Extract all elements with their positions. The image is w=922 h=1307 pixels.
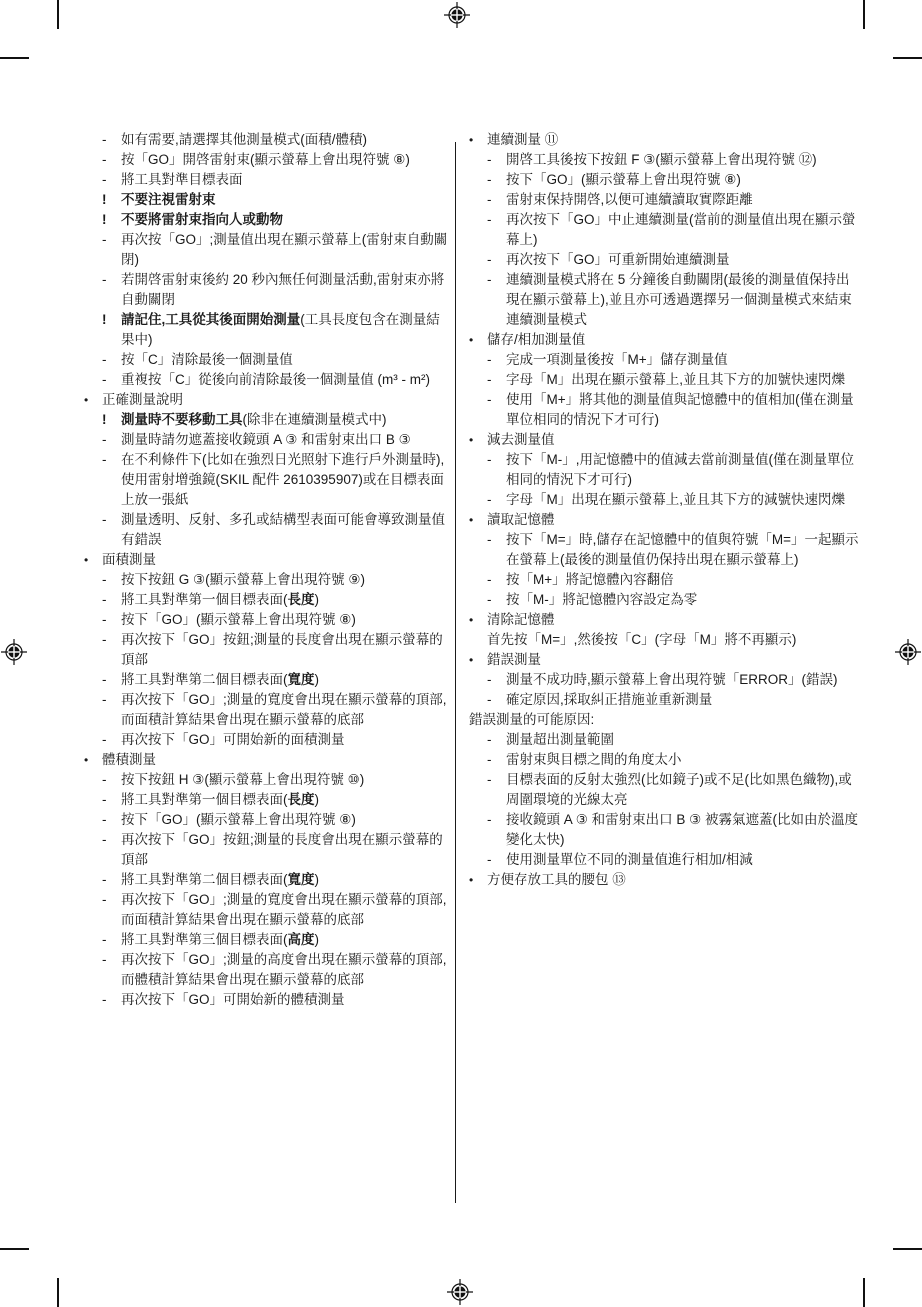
dash-marker: - <box>102 270 121 310</box>
instruction-item: -將工具對準第一個目標表面(長度) <box>84 590 448 610</box>
dash-marker: - <box>102 130 121 150</box>
dash-marker: - <box>102 870 121 890</box>
dash-marker: - <box>102 990 121 1010</box>
item-text: 將工具對準第二個目標表面(寬度) <box>121 870 448 890</box>
instruction-item: -按下按鈕 H ③(顯示螢幕上會出現符號 ⑩) <box>84 770 448 790</box>
item-text: 將工具對準目標表面 <box>121 170 448 190</box>
warning-item: !不要注視雷射束 <box>84 190 448 210</box>
instruction-item: -測量超出測量範圍 <box>469 730 861 750</box>
dash-marker: - <box>102 510 121 550</box>
crop-mark-top-left-h <box>0 57 29 59</box>
dash-marker: - <box>102 730 121 750</box>
dash-marker: - <box>487 370 506 390</box>
item-text: 測量超出測量範圍 <box>506 730 861 750</box>
item-text: 再次按下「GO」按鈕;測量的長度會出現在顯示螢幕的頂部 <box>121 830 448 870</box>
bullet-marker: • <box>84 550 102 570</box>
item-text: 字母「M」出現在顯示螢幕上,並且其下方的減號快速閃爍 <box>506 490 861 510</box>
crop-mark-top-left-v <box>57 0 59 29</box>
item-text: 字母「M」出現在顯示螢幕上,並且其下方的加號快速閃爍 <box>506 370 861 390</box>
item-text: 按下「M=」時,儲存在記憶體中的值與符號「M=」一起顯示在螢幕上(最後的測量值仍… <box>506 530 861 570</box>
excl-marker: ! <box>102 190 121 210</box>
item-text: 按「C」清除最後一個測量值 <box>121 350 448 370</box>
item-text: 接收鏡頭 A ③ 和雷射束出口 B ③ 被霧氣遮蓋(比如由於溫度變化太快) <box>506 810 861 850</box>
instruction-item: -按下「M-」,用記憶體中的值減去當前測量值(僅在測量單位相同的情況下才可行) <box>469 450 861 490</box>
dash-marker: - <box>487 530 506 570</box>
dash-marker: - <box>487 190 506 210</box>
item-text: 正確測量說明 <box>102 390 448 410</box>
section-heading-item: •減去測量值 <box>469 430 861 450</box>
item-text: 使用測量單位不同的測量值進行相加/相減 <box>506 850 861 870</box>
item-text: 測量透明、反射、多孔或結構型表面可能會導致測量值有錯誤 <box>121 510 448 550</box>
dash-marker: - <box>487 750 506 770</box>
item-text: 方便存放工具的腰包 ⑬ <box>487 870 861 890</box>
item-text: 按下按鈕 H ③(顯示螢幕上會出現符號 ⑩) <box>121 770 448 790</box>
dash-marker: - <box>102 670 121 690</box>
item-text: 不要注視雷射束 <box>121 190 448 210</box>
dash-marker: - <box>487 390 506 430</box>
item-text: 不要將雷射束指向人或動物 <box>121 210 448 230</box>
item-text: 錯誤測量的可能原因: <box>469 710 861 730</box>
item-text: 減去測量值 <box>487 430 861 450</box>
dash-marker: - <box>487 350 506 370</box>
section-heading-item: •方便存放工具的腰包 ⑬ <box>469 870 861 890</box>
dash-marker: - <box>102 830 121 870</box>
dash-marker: - <box>487 670 506 690</box>
instruction-item: -再次按下「GO」可開始新的面積測量 <box>84 730 448 750</box>
dash-marker: - <box>487 210 506 250</box>
bullet-marker: • <box>469 610 487 630</box>
instruction-item: -開啓工具後按下按鈕 F ③(顯示螢幕上會出現符號 ⑫) <box>469 150 861 170</box>
crop-mark-top-right-h <box>893 57 922 59</box>
section-heading-item: •體積測量 <box>84 750 448 770</box>
dash-marker: - <box>102 150 121 170</box>
instruction-item: -按下按鈕 G ③(顯示螢幕上會出現符號 ⑨) <box>84 570 448 590</box>
dash-marker: - <box>102 950 121 990</box>
dash-marker: - <box>487 150 506 170</box>
dash-marker: - <box>487 450 506 490</box>
instruction-item: -將工具對準第二個目標表面(寬度) <box>84 670 448 690</box>
instruction-item: -測量不成功時,顯示螢幕上會出現符號「ERROR」(錯誤) <box>469 670 861 690</box>
item-text: 再次按「GO」;測量值出現在顯示螢幕上(雷射束自動關閉) <box>121 230 448 270</box>
section-heading-item: •讀取記憶體 <box>469 510 861 530</box>
item-text: 再次按下「GO」;測量的高度會出現在顯示螢幕的頂部,而體積計算結果會出現在顯示螢… <box>121 950 448 990</box>
section-heading-item: •儲存/相加測量值 <box>469 330 861 350</box>
bullet-marker: • <box>84 390 102 410</box>
instruction-item: -再次按下「GO」;測量的高度會出現在顯示螢幕的頂部,而體積計算結果會出現在顯示… <box>84 950 448 990</box>
item-text: 首先按「M=」,然後按「C」(字母「M」將不再顯示) <box>487 630 861 650</box>
warning-item: !不要將雷射束指向人或動物 <box>84 210 448 230</box>
dash-marker: - <box>102 810 121 830</box>
instruction-item: -雷射束保持開啓,以便可連續讀取實際距離 <box>469 190 861 210</box>
section-heading-item: •錯誤測量 <box>469 650 861 670</box>
registration-mark-left-icon <box>0 638 28 666</box>
instruction-item: -按「C」清除最後一個測量值 <box>84 350 448 370</box>
instruction-item: -再次按下「GO」可開始新的體積測量 <box>84 990 448 1010</box>
instruction-item: -目標表面的反射太強烈(比如鏡子)或不足(比如黑色織物),或周圍環境的光線太亮 <box>469 770 861 810</box>
item-text: 雷射束保持開啓,以便可連續讀取實際距離 <box>506 190 861 210</box>
instruction-item: -再次按下「GO」按鈕;測量的長度會出現在顯示螢幕的頂部 <box>84 830 448 870</box>
instruction-item: -如有需要,請選擇其他測量模式(面積/體積) <box>84 130 448 150</box>
dash-marker: - <box>102 170 121 190</box>
item-text: 完成一項測量後按「M+」儲存測量值 <box>506 350 861 370</box>
instruction-item: -按下「GO」(顯示螢幕上會出現符號 ⑧) <box>469 170 861 190</box>
instruction-item: -測量時請勿遮蓋接收鏡頭 A ③ 和雷射束出口 B ③ <box>84 430 448 450</box>
dash-marker: - <box>102 450 121 510</box>
dash-marker: - <box>102 790 121 810</box>
dash-marker: - <box>102 930 121 950</box>
right-column: •連續測量 ⑪-開啓工具後按下按鈕 F ③(顯示螢幕上會出現符號 ⑫)-按下「G… <box>469 130 861 890</box>
instruction-item: -完成一項測量後按「M+」儲存測量值 <box>469 350 861 370</box>
excl-marker: ! <box>102 310 121 350</box>
warning-item: !請記住,工具從其後面開始測量(工具長度包含在測量結果中) <box>84 310 448 350</box>
dash-marker: - <box>102 230 121 270</box>
instruction-item: -測量透明、反射、多孔或結構型表面可能會導致測量值有錯誤 <box>84 510 448 550</box>
registration-mark-right-icon <box>894 638 922 666</box>
dash-marker: - <box>102 370 121 390</box>
item-text: 將工具對準第一個目標表面(長度) <box>121 590 448 610</box>
item-text: 連續測量模式將在 5 分鐘後自動關閉(最後的測量值保持出現在顯示螢幕上),並且亦… <box>506 270 861 330</box>
instruction-item: -再次按下「GO」按鈕;測量的長度會出現在顯示螢幕的頂部 <box>84 630 448 670</box>
item-text: 再次按下「GO」;測量的寬度會出現在顯示螢幕的頂部,而面積計算結果會出現在顯示螢… <box>121 690 448 730</box>
dash-marker: - <box>487 690 506 710</box>
bullet-marker: • <box>469 130 487 150</box>
item-text: 再次按下「GO」中止連續測量(當前的測量值出現在顯示螢幕上) <box>506 210 861 250</box>
item-text: 若開啓雷射束後約 20 秒內無任何測量活動,雷射束亦將自動關閉 <box>121 270 448 310</box>
bullet-marker: • <box>84 750 102 770</box>
dash-marker: - <box>102 350 121 370</box>
item-text: 測量時請勿遮蓋接收鏡頭 A ③ 和雷射束出口 B ③ <box>121 430 448 450</box>
instruction-item: 錯誤測量的可能原因: <box>469 710 861 730</box>
crop-mark-bottom-left-h <box>0 1248 29 1250</box>
item-text: 請記住,工具從其後面開始測量(工具長度包含在測量結果中) <box>121 310 448 350</box>
dash-marker: - <box>102 430 121 450</box>
item-text: 讀取記憶體 <box>487 510 861 530</box>
crop-mark-bottom-right-h <box>893 1248 922 1250</box>
instruction-item: -按下「GO」(顯示螢幕上會出現符號 ⑧) <box>84 610 448 630</box>
instruction-item: -再次按「GO」;測量值出現在顯示螢幕上(雷射束自動關閉) <box>84 230 448 270</box>
section-heading-item: •連續測量 ⑪ <box>469 130 861 150</box>
instruction-item: -雷射束與目標之間的角度太小 <box>469 750 861 770</box>
item-text: 將工具對準第一個目標表面(長度) <box>121 790 448 810</box>
crop-mark-top-right-v <box>863 0 865 29</box>
left-column: -如有需要,請選擇其他測量模式(面積/體積)-按「GO」開啓雷射束(顯示螢幕上會… <box>84 130 448 1010</box>
instruction-item: -使用測量單位不同的測量值進行相加/相減 <box>469 850 861 870</box>
crop-mark-bottom-right-v <box>863 1278 865 1307</box>
item-text: 將工具對準第三個目標表面(高度) <box>121 930 448 950</box>
dash-marker: - <box>487 770 506 810</box>
dash-marker: - <box>102 890 121 930</box>
item-text: 目標表面的反射太強烈(比如鏡子)或不足(比如黑色織物),或周圍環境的光線太亮 <box>506 770 861 810</box>
instruction-item: -將工具對準第一個目標表面(長度) <box>84 790 448 810</box>
warning-item: !測量時不要移動工具(除非在連續測量模式中) <box>84 410 448 430</box>
item-text: 開啓工具後按下按鈕 F ③(顯示螢幕上會出現符號 ⑫) <box>506 150 861 170</box>
instruction-item: -將工具對準目標表面 <box>84 170 448 190</box>
instruction-item: -按「M-」將記憶體內容設定為零 <box>469 590 861 610</box>
dash-marker: - <box>487 250 506 270</box>
item-text: 按下「M-」,用記憶體中的值減去當前測量值(僅在測量單位相同的情況下才可行) <box>506 450 861 490</box>
item-text: 面積測量 <box>102 550 448 570</box>
item-text: 按「M-」將記憶體內容設定為零 <box>506 590 861 610</box>
dash-marker: - <box>487 810 506 850</box>
bullet-marker: • <box>469 650 487 670</box>
instruction-item: -重複按「C」從後向前清除最後一個測量值 (m³ - m²) <box>84 370 448 390</box>
item-text: 按「M+」將記憶體內容翻倍 <box>506 570 861 590</box>
instruction-item: -字母「M」出現在顯示螢幕上,並且其下方的加號快速閃爍 <box>469 370 861 390</box>
instruction-item: 首先按「M=」,然後按「C」(字母「M」將不再顯示) <box>469 630 861 650</box>
item-text: 再次按下「GO」可重新開始連續測量 <box>506 250 861 270</box>
instruction-item: -接收鏡頭 A ③ 和雷射束出口 B ③ 被霧氣遮蓋(比如由於溫度變化太快) <box>469 810 861 850</box>
instruction-item: -連續測量模式將在 5 分鐘後自動關閉(最後的測量值保持出現在顯示螢幕上),並且… <box>469 270 861 330</box>
registration-mark-bottom-icon <box>446 1278 474 1306</box>
dash-marker: - <box>487 590 506 610</box>
dash-marker: - <box>102 630 121 670</box>
instruction-item: -按「M+」將記憶體內容翻倍 <box>469 570 861 590</box>
instruction-item: -按下「GO」(顯示螢幕上會出現符號 ⑧) <box>84 810 448 830</box>
instruction-item: -使用「M+」將其他的測量值與記憶體中的值相加(僅在測量單位相同的情況下才可行) <box>469 390 861 430</box>
manual-page: -如有需要,請選擇其他測量模式(面積/體積)-按「GO」開啓雷射束(顯示螢幕上會… <box>0 0 922 1307</box>
instruction-item: -再次按下「GO」可重新開始連續測量 <box>469 250 861 270</box>
section-heading-item: •正確測量說明 <box>84 390 448 410</box>
item-text: 重複按「C」從後向前清除最後一個測量值 (m³ - m²) <box>121 370 448 390</box>
dash-marker: - <box>102 570 121 590</box>
section-heading-item: •面積測量 <box>84 550 448 570</box>
column-divider <box>455 142 456 1203</box>
item-text: 體積測量 <box>102 750 448 770</box>
item-text: 如有需要,請選擇其他測量模式(面積/體積) <box>121 130 448 150</box>
bullet-marker: • <box>469 870 487 890</box>
dash-marker: - <box>487 850 506 870</box>
item-text: 連續測量 ⑪ <box>487 130 861 150</box>
dash-marker: - <box>102 770 121 790</box>
bullet-marker: • <box>469 330 487 350</box>
dash-marker: - <box>102 610 121 630</box>
item-text: 儲存/相加測量值 <box>487 330 861 350</box>
dash-marker: - <box>487 490 506 510</box>
item-text: 按下「GO」(顯示螢幕上會出現符號 ⑧) <box>121 610 448 630</box>
dash-marker: - <box>487 170 506 190</box>
item-text: 錯誤測量 <box>487 650 861 670</box>
instruction-item: -若開啓雷射束後約 20 秒內無任何測量活動,雷射束亦將自動關閉 <box>84 270 448 310</box>
item-text: 使用「M+」將其他的測量值與記憶體中的值相加(僅在測量單位相同的情況下才可行) <box>506 390 861 430</box>
instruction-item: -按下「M=」時,儲存在記憶體中的值與符號「M=」一起顯示在螢幕上(最後的測量值… <box>469 530 861 570</box>
instruction-item: -字母「M」出現在顯示螢幕上,並且其下方的減號快速閃爍 <box>469 490 861 510</box>
instruction-item: -再次按下「GO」;測量的寬度會出現在顯示螢幕的頂部,而面積計算結果會出現在顯示… <box>84 690 448 730</box>
dash-marker: - <box>487 730 506 750</box>
instruction-item: -再次按下「GO」;測量的寬度會出現在顯示螢幕的頂部,而面積計算結果會出現在顯示… <box>84 890 448 930</box>
item-text: 再次按下「GO」可開始新的面積測量 <box>121 730 448 750</box>
item-text: 清除記憶體 <box>487 610 861 630</box>
dash-marker: - <box>487 570 506 590</box>
dash-marker: - <box>487 270 506 330</box>
item-text: 按下「GO」(顯示螢幕上會出現符號 ⑧) <box>121 810 448 830</box>
item-text: 按下按鈕 G ③(顯示螢幕上會出現符號 ⑨) <box>121 570 448 590</box>
instruction-item: -在不利條件下(比如在強烈日光照射下進行戶外測量時),使用雷射增強鏡(SKIL … <box>84 450 448 510</box>
item-text: 測量時不要移動工具(除非在連續測量模式中) <box>121 410 448 430</box>
item-text: 將工具對準第二個目標表面(寬度) <box>121 670 448 690</box>
item-text: 雷射束與目標之間的角度太小 <box>506 750 861 770</box>
excl-marker: ! <box>102 410 121 430</box>
instruction-item: -確定原因,採取糾正措施並重新測量 <box>469 690 861 710</box>
item-text: 再次按下「GO」可開始新的體積測量 <box>121 990 448 1010</box>
instruction-item: -按「GO」開啓雷射束(顯示螢幕上會出現符號 ⑧) <box>84 150 448 170</box>
dash-marker: - <box>102 690 121 730</box>
item-text: 在不利條件下(比如在強烈日光照射下進行戶外測量時),使用雷射增強鏡(SKIL 配… <box>121 450 448 510</box>
item-text: 再次按下「GO」;測量的寬度會出現在顯示螢幕的頂部,而面積計算結果會出現在顯示螢… <box>121 890 448 930</box>
crop-mark-bottom-left-v <box>57 1278 59 1307</box>
item-text: 按「GO」開啓雷射束(顯示螢幕上會出現符號 ⑧) <box>121 150 448 170</box>
instruction-item: -再次按下「GO」中止連續測量(當前的測量值出現在顯示螢幕上) <box>469 210 861 250</box>
item-text: 確定原因,採取糾正措施並重新測量 <box>506 690 861 710</box>
instruction-item: -將工具對準第三個目標表面(高度) <box>84 930 448 950</box>
item-text: 再次按下「GO」按鈕;測量的長度會出現在顯示螢幕的頂部 <box>121 630 448 670</box>
dash-marker: - <box>102 590 121 610</box>
item-text: 按下「GO」(顯示螢幕上會出現符號 ⑧) <box>506 170 861 190</box>
registration-mark-top-icon <box>443 1 471 29</box>
bullet-marker: • <box>469 430 487 450</box>
excl-marker: ! <box>102 210 121 230</box>
bullet-marker: • <box>469 510 487 530</box>
item-text: 測量不成功時,顯示螢幕上會出現符號「ERROR」(錯誤) <box>506 670 861 690</box>
instruction-item: -將工具對準第二個目標表面(寬度) <box>84 870 448 890</box>
section-heading-item: •清除記憶體 <box>469 610 861 630</box>
